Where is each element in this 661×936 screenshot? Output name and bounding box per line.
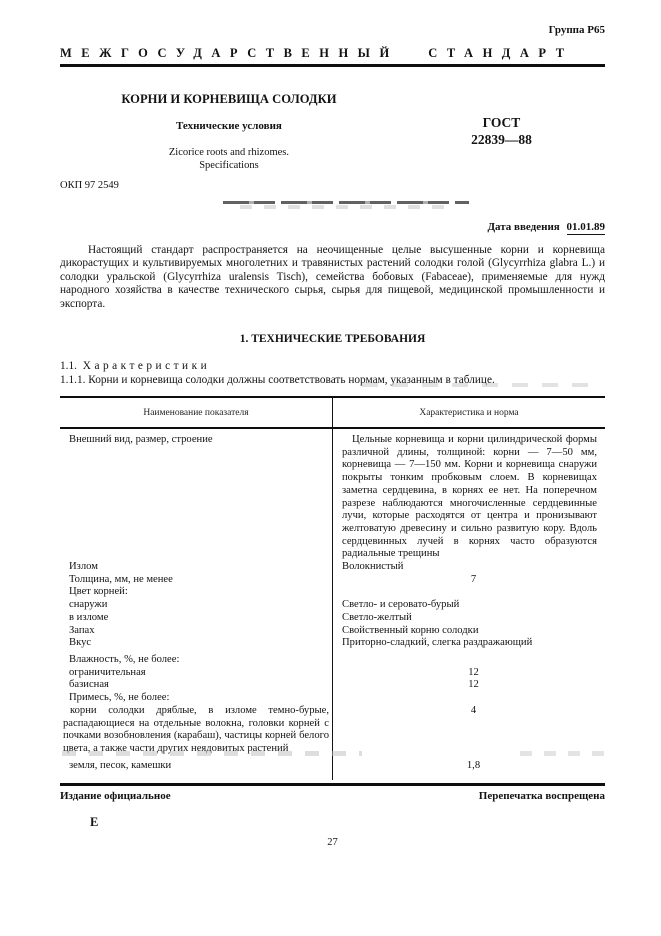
clause-1-1: 1.1. Характеристики (60, 359, 605, 373)
specifications-table: Наименование показателя Характеристика и… (60, 396, 605, 780)
table-row-outside-value: Светло- и серовато-бурый (332, 599, 605, 612)
document-page: Группа Р65 МЕЖГОСУДАРСТВЕННЫЙ СТАНДАРТ К… (0, 0, 661, 936)
title-block: КОРНИ И КОРНЕВИЩА СОЛОДКИ Технические ус… (60, 92, 605, 172)
table-row-basis-value: 12 (332, 679, 605, 692)
footer-official-edition: Издание официальное (60, 790, 171, 802)
gost-designation: ГОСТ 22839—88 (398, 114, 605, 148)
page-number: 27 (60, 837, 605, 848)
table-row-color-value (332, 586, 605, 599)
table-row-flabby-roots-value: 4 (332, 705, 605, 756)
table-row-thickness-value: 7 (332, 574, 605, 587)
table-row-appearance-value: Цельные корневища и корни цилиндрической… (332, 429, 605, 561)
table-row-moisture-value (332, 650, 605, 667)
table-row-fracture-label: Излом (60, 561, 332, 574)
table-row-admixture-value (332, 692, 605, 705)
gost-designation-block: ГОСТ 22839—88 (398, 92, 605, 172)
document-title: КОРНИ И КОРНЕВИЩА СОЛОДКИ (60, 92, 398, 107)
group-code: Группа Р65 (60, 24, 605, 36)
section-1-heading: 1. ТЕХНИЧЕСКИЕ ТРЕБОВАНИЯ (60, 333, 605, 345)
title-english-line1: Zicorice roots and rhizomes. (60, 146, 398, 159)
table-row-moisture-label: Влажность, %, не более: (60, 650, 332, 667)
table-body: Внешний вид, размер, строение Цельные ко… (60, 429, 605, 780)
table-row-thickness-label: Толщина, мм, не менее (60, 574, 332, 587)
table-row-taste-label: Вкус (60, 637, 332, 650)
page-content: Группа Р65 МЕЖГОСУДАРСТВЕННЫЙ СТАНДАРТ К… (0, 0, 661, 848)
clause-1-1-label: Характеристики (83, 360, 210, 372)
header-rule (60, 64, 605, 67)
table-row-infracture-value: Светло-желтый (332, 612, 605, 625)
gost-number: 22839—88 (398, 131, 605, 148)
table-row-infracture-label: в изломе (60, 612, 332, 625)
document-subtitle: Технические условия (60, 120, 398, 132)
effective-date-label: Дата введения (487, 221, 559, 233)
clause-1-1-1: 1.1.1. Корни и корневища солодки должны … (60, 373, 605, 387)
edition-letter-mark: Е (90, 815, 605, 830)
table-row-limit-label: ограничительная (60, 667, 332, 680)
table-row-appearance-label: Внешний вид, размер, строение (60, 429, 332, 561)
footer-reprint-notice: Перепечатка воспрещена (479, 790, 605, 802)
title-left-column: КОРНИ И КОРНЕВИЩА СОЛОДКИ Технические ус… (60, 92, 398, 172)
okp-code: ОКП 97 2549 (60, 180, 605, 191)
table-row-admixture-label: Примесь, %, не более: (60, 692, 332, 705)
table-row-basis-label: базисная (60, 679, 332, 692)
table-row-color-label: Цвет корней: (60, 586, 332, 599)
table-row-flabby-roots-label: корни солодки дряблые, в изломе темно-бу… (60, 705, 332, 756)
effective-date-line: Дата введения 01.01.89 (60, 221, 605, 233)
table-row-odor-label: Запах (60, 625, 332, 638)
document-title-english: Zicorice roots and rhizomes. Specificati… (60, 146, 398, 172)
table-row-taste-value: Приторно-сладкий, слегка раздражающий (332, 637, 605, 650)
gost-label: ГОСТ (398, 114, 605, 131)
title-english-line2: Specifications (60, 159, 398, 172)
table-header-indicator: Наименование показателя (60, 398, 332, 427)
table-row-outside-label: снаружи (60, 599, 332, 612)
table-row-fracture-value: Волокнистый (332, 561, 605, 574)
standard-kind-heading: МЕЖГОСУДАРСТВЕННЫЙ СТАНДАРТ (60, 46, 614, 61)
footer-rule (60, 783, 605, 786)
table-header-row: Наименование показателя Характеристика и… (60, 398, 605, 429)
scope-paragraph: Настоящий стандарт распространяется на н… (60, 244, 605, 311)
footer-row: Издание официальное Перепечатка воспреще… (60, 790, 605, 802)
table-row-limit-value: 12 (332, 667, 605, 680)
table-header-norm: Характеристика и норма (332, 398, 605, 427)
table-row-soil-label: земля, песок, камешки (60, 756, 332, 781)
clause-1-1-number: 1.1. (60, 360, 77, 372)
effective-date-value: 01.01.89 (567, 221, 606, 235)
table-row-odor-value: Свойственный корню солодки (332, 625, 605, 638)
table-row-soil-value: 1,8 (332, 756, 605, 781)
